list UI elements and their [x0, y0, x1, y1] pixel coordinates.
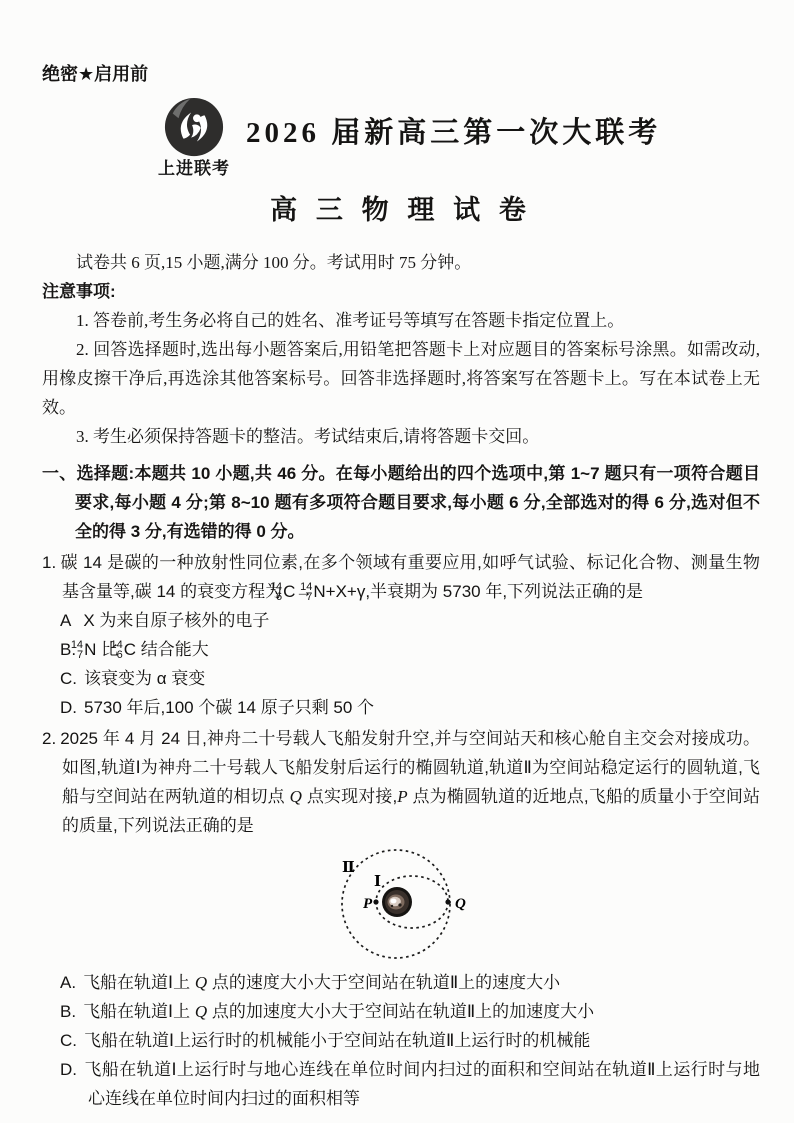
option-text: 该衰变为 α 衰变: [84, 669, 205, 688]
option-label: C.: [60, 1031, 77, 1050]
element-symbol: C: [124, 640, 136, 659]
q2-option-b: B.飞船在轨道Ⅰ上 Q 点的加速度大小大于空间站在轨道Ⅱ上的加速度大小: [42, 997, 760, 1026]
option-label: A: [60, 611, 71, 630]
paper-title: 高 三 物 理 试 卷: [42, 192, 760, 228]
isotope-carbon-14: 146C: [123, 640, 136, 659]
question-1-stem: 1.碳 14 是碳的一种放射性同位素,在多个领域有重要应用,如呼气试验、标记化合…: [42, 548, 760, 606]
option-label: A.: [60, 973, 76, 992]
option-text: 飞船在轨道Ⅰ上: [83, 1002, 195, 1021]
question-number: 1.: [42, 553, 56, 572]
option-text: 结合能大: [136, 640, 209, 659]
q1-option-d: D.5730 年后,100 个碳 14 原子只剩 50 个: [42, 693, 760, 722]
variable-q: Q: [195, 1002, 207, 1021]
q2-option-a: A.飞船在轨道Ⅰ上 Q 点的速度大小大于空间站在轨道Ⅱ上的速度大小: [42, 968, 760, 997]
point-p-label: P: [363, 896, 373, 912]
option-text: 飞船在轨道Ⅰ上运行时的机械能小于空间站在轨道Ⅱ上运行时的机械能: [84, 1031, 590, 1050]
option-label: C.: [60, 669, 77, 688]
orbit-diagram: Ⅱ Ⅰ P Q: [330, 844, 545, 966]
exam-title: 2026 届新高三第一次大联考: [246, 110, 661, 151]
option-label: B.: [60, 1002, 76, 1021]
paper-summary: 试卷共 6 页,15 小题,满分 100 分。考试用时 75 分钟。: [42, 248, 760, 277]
notice-item-1: 1. 答卷前,考生务必将自己的姓名、准考证号等填写在答题卡指定位置上。: [42, 306, 760, 335]
q1-option-b: B.147N 比 146C 结合能大: [42, 635, 760, 664]
q1-option-c: C.该衰变为 α 衰变: [42, 664, 760, 693]
q2-option-c: C.飞船在轨道Ⅰ上运行时的机械能小于空间站在轨道Ⅱ上运行时的机械能: [42, 1026, 760, 1055]
isotope-carbon-14: 146C: [282, 582, 295, 601]
point-q-label: Q: [455, 896, 466, 912]
orbit-outer-label: Ⅱ: [342, 860, 355, 876]
notice-item-2: 2. 回答选择题时,选出每小题答案后,用铅笔把答题卡上对应题目的答案标号涂黑。如…: [42, 335, 760, 422]
variable-q: Q: [195, 973, 207, 992]
logo-text: 上进联考: [146, 154, 242, 179]
element-symbol: N: [84, 640, 96, 659]
option-text: 飞船在轨道Ⅰ上: [83, 973, 195, 992]
q1-option-a: AX 为来自原子核外的电子: [42, 606, 760, 635]
point-p-dot: [373, 899, 378, 904]
question-number: 2.: [42, 729, 56, 748]
option-text: 5730 年后,100 个碳 14 原子只剩 50 个: [84, 698, 374, 717]
element-symbol: C: [283, 582, 295, 601]
question-stem-text: 点实现对接,: [302, 787, 397, 806]
element-symbol: N: [313, 582, 325, 601]
question-1: 1.碳 14 是碳的一种放射性同位素,在多个领域有重要应用,如呼气试验、标记化合…: [42, 548, 760, 722]
paper-header: 上进联考 2026 届新高三第一次大联考: [42, 96, 760, 192]
orbit-inner-label: Ⅰ: [374, 874, 381, 890]
isotope-nitrogen-14: 147N: [83, 640, 96, 659]
classification-label: 绝密★启用前: [42, 62, 760, 86]
exam-logo: 上进联考: [146, 96, 242, 179]
point-q-dot: [445, 899, 450, 904]
question-stem-text: +X+γ,半衰期为 5730 年,下列说法正确的是: [326, 582, 643, 601]
exam-paper-page: 绝密★启用前 上进联考 2026 届新高三第一次大联考 高 三 物 理 试 卷 …: [0, 0, 794, 1123]
question-2: 2.2025 年 4 月 24 日,神舟二十号载人飞船发射升空,并与空间站天和核…: [42, 724, 760, 1113]
option-text: 飞船在轨道Ⅰ上运行时与地心连线在单位时间内扫过的面积和空间站在轨道Ⅱ上运行时与地…: [84, 1060, 760, 1108]
notice-item-3: 3. 考生必须保持答题卡的整洁。考试结束后,请将答题卡交回。: [42, 422, 760, 451]
option-label: D.: [60, 1060, 77, 1079]
q2-option-d: D.飞船在轨道Ⅰ上运行时与地心连线在单位时间内扫过的面积和空间站在轨道Ⅱ上运行时…: [42, 1055, 760, 1113]
variable-q: Q: [290, 787, 302, 806]
variable-p: P: [397, 787, 407, 806]
option-label: D.: [60, 698, 77, 717]
option-text: X 为来自原子核外的电子: [83, 611, 269, 630]
section-one-heading: 一、选择题:本题共 10 小题,共 46 分。在每小题给出的四个选项中,第 1~…: [42, 459, 760, 546]
question-2-stem: 2.2025 年 4 月 24 日,神舟二十号载人飞船发射升空,并与空间站天和核…: [42, 724, 760, 840]
notes-heading: 注意事项:: [42, 277, 760, 306]
orbit-diagram-figure: Ⅱ Ⅰ P Q: [330, 844, 545, 966]
isotope-nitrogen-14: 147N: [312, 582, 325, 601]
logo-globe-icon: [163, 96, 225, 158]
option-text: 点的速度大小大于空间站在轨道Ⅱ上的速度大小: [207, 973, 560, 992]
option-text: 点的加速度大小大于空间站在轨道Ⅱ上的加速度大小: [207, 1002, 594, 1021]
